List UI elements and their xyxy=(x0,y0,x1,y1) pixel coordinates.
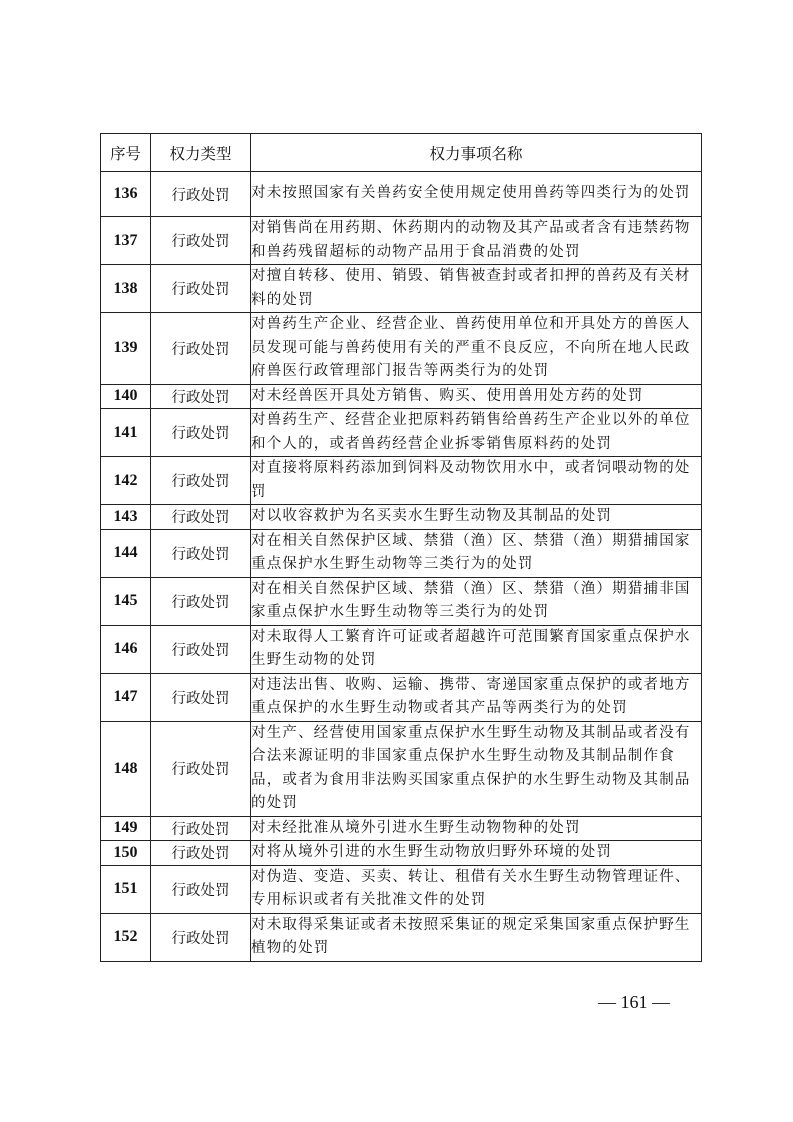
serial-number-cell: 146 xyxy=(101,625,151,673)
serial-number-cell: 151 xyxy=(101,865,151,913)
power-item-name-cell: 对未取得采集证或者未按照采集证的规定采集国家重点保护野生植物的处罚 xyxy=(251,913,702,961)
table-row: 147行政处罚对违法出售、收购、运输、携带、寄递国家重点保护的或者地方重点保护的… xyxy=(101,673,702,721)
power-item-name-cell: 对伪造、变造、买卖、转让、租借有关水生野生动物管理证件、专用标识或者有关批准文件… xyxy=(251,865,702,913)
serial-number-cell: 147 xyxy=(101,673,151,721)
power-type-cell: 行政处罚 xyxy=(151,409,251,457)
power-type-cell: 行政处罚 xyxy=(151,721,251,816)
power-item-name-cell: 对销售尚在用药期、休药期内的动物及其产品或者含有违禁药物和兽药残留超标的动物产品… xyxy=(251,217,702,265)
serial-number-cell: 137 xyxy=(101,217,151,265)
serial-number-cell: 141 xyxy=(101,409,151,457)
power-type-cell: 行政处罚 xyxy=(151,384,251,409)
serial-number-cell: 145 xyxy=(101,577,151,625)
power-item-name-cell: 对未取得人工繁育许可证或者超越许可范围繁育国家重点保护水生野生动物的处罚 xyxy=(251,625,702,673)
table-row: 138行政处罚对擅自转移、使用、销毁、销售被查封或者扣押的兽药及有关材料的处罚 xyxy=(101,265,702,313)
header-serial-number: 序号 xyxy=(101,134,151,172)
power-type-cell: 行政处罚 xyxy=(151,172,251,217)
serial-number-cell: 138 xyxy=(101,265,151,313)
table-row: 137行政处罚对销售尚在用药期、休药期内的动物及其产品或者含有违禁药物和兽药残留… xyxy=(101,217,702,265)
power-item-name-cell: 对未按照国家有关兽药安全使用规定使用兽药等四类行为的处罚 xyxy=(251,172,702,217)
table-row: 142行政处罚对直接将原料药添加到饲料及动物饮用水中，或者饲喂动物的处罚 xyxy=(101,457,702,505)
table-row: 148行政处罚对生产、经营使用国家重点保护水生野生动物及其制品或者没有合法来源证… xyxy=(101,721,702,816)
table-row: 144行政处罚对在相关自然保护区域、禁猎（渔）区、禁猎（渔）期猎捕国家重点保护水… xyxy=(101,529,702,577)
power-item-name-cell: 对擅自转移、使用、销毁、销售被查封或者扣押的兽药及有关材料的处罚 xyxy=(251,265,702,313)
power-item-name-cell: 对兽药生产、经营企业把原料药销售给兽药生产企业以外的单位和个人的，或者兽药经营企… xyxy=(251,409,702,457)
power-item-name-cell: 对兽药生产企业、经营企业、兽药使用单位和开具处方的兽医人员发现可能与兽药使用有关… xyxy=(251,313,702,385)
power-item-name-cell: 对在相关自然保护区域、禁猎（渔）区、禁猎（渔）期猎捕非国家重点保护水生野生动物等… xyxy=(251,577,702,625)
power-item-name-cell: 对生产、经营使用国家重点保护水生野生动物及其制品或者没有合法来源证明的非国家重点… xyxy=(251,721,702,816)
table-row: 152行政处罚对未取得采集证或者未按照采集证的规定采集国家重点保护野生植物的处罚 xyxy=(101,913,702,961)
serial-number-cell: 152 xyxy=(101,913,151,961)
table-row: 141行政处罚对兽药生产、经营企业把原料药销售给兽药生产企业以外的单位和个人的，… xyxy=(101,409,702,457)
power-type-cell: 行政处罚 xyxy=(151,865,251,913)
power-type-cell: 行政处罚 xyxy=(151,841,251,866)
serial-number-cell: 148 xyxy=(101,721,151,816)
power-item-name-cell: 对未经兽医开具处方销售、购买、使用兽用处方药的处罚 xyxy=(251,384,702,409)
power-item-name-cell: 对未经批准从境外引进水生野生动物物种的处罚 xyxy=(251,816,702,841)
serial-number-cell: 150 xyxy=(101,841,151,866)
power-type-cell: 行政处罚 xyxy=(151,505,251,530)
power-items-table: 序号 权力类型 权力事项名称 136行政处罚对未按照国家有关兽药安全使用规定使用… xyxy=(100,133,702,962)
power-type-cell: 行政处罚 xyxy=(151,457,251,505)
table-row: 149行政处罚对未经批准从境外引进水生野生动物物种的处罚 xyxy=(101,816,702,841)
table-row: 136行政处罚对未按照国家有关兽药安全使用规定使用兽药等四类行为的处罚 xyxy=(101,172,702,217)
header-power-type: 权力类型 xyxy=(151,134,251,172)
table-row: 140行政处罚对未经兽医开具处方销售、购买、使用兽用处方药的处罚 xyxy=(101,384,702,409)
power-type-cell: 行政处罚 xyxy=(151,313,251,385)
serial-number-cell: 143 xyxy=(101,505,151,530)
table-row: 143行政处罚对以收容救护为名买卖水生野生动物及其制品的处罚 xyxy=(101,505,702,530)
power-type-cell: 行政处罚 xyxy=(151,577,251,625)
power-item-name-cell: 对以收容救护为名买卖水生野生动物及其制品的处罚 xyxy=(251,505,702,530)
table-row: 139行政处罚对兽药生产企业、经营企业、兽药使用单位和开具处方的兽医人员发现可能… xyxy=(101,313,702,385)
serial-number-cell: 136 xyxy=(101,172,151,217)
serial-number-cell: 140 xyxy=(101,384,151,409)
power-type-cell: 行政处罚 xyxy=(151,217,251,265)
power-type-cell: 行政处罚 xyxy=(151,913,251,961)
page-number: — 161 — xyxy=(598,992,670,1013)
serial-number-cell: 142 xyxy=(101,457,151,505)
serial-number-cell: 139 xyxy=(101,313,151,385)
table-row: 146行政处罚对未取得人工繁育许可证或者超越许可范围繁育国家重点保护水生野生动物… xyxy=(101,625,702,673)
table-row: 145行政处罚对在相关自然保护区域、禁猎（渔）区、禁猎（渔）期猎捕非国家重点保护… xyxy=(101,577,702,625)
power-type-cell: 行政处罚 xyxy=(151,816,251,841)
header-power-item-name: 权力事项名称 xyxy=(251,134,702,172)
power-type-cell: 行政处罚 xyxy=(151,529,251,577)
power-item-name-cell: 对直接将原料药添加到饲料及动物饮用水中，或者饲喂动物的处罚 xyxy=(251,457,702,505)
power-item-name-cell: 对在相关自然保护区域、禁猎（渔）区、禁猎（渔）期猎捕国家重点保护水生野生动物等三… xyxy=(251,529,702,577)
power-type-cell: 行政处罚 xyxy=(151,673,251,721)
power-type-cell: 行政处罚 xyxy=(151,625,251,673)
power-item-name-cell: 对将从境外引进的水生野生动物放归野外环境的处罚 xyxy=(251,841,702,866)
serial-number-cell: 144 xyxy=(101,529,151,577)
serial-number-cell: 149 xyxy=(101,816,151,841)
table-row: 151行政处罚对伪造、变造、买卖、转让、租借有关水生野生动物管理证件、专用标识或… xyxy=(101,865,702,913)
table-row: 150行政处罚对将从境外引进的水生野生动物放归野外环境的处罚 xyxy=(101,841,702,866)
table-header-row: 序号 权力类型 权力事项名称 xyxy=(101,134,702,172)
power-type-cell: 行政处罚 xyxy=(151,265,251,313)
power-item-name-cell: 对违法出售、收购、运输、携带、寄递国家重点保护的或者地方重点保护的水生野生动物或… xyxy=(251,673,702,721)
